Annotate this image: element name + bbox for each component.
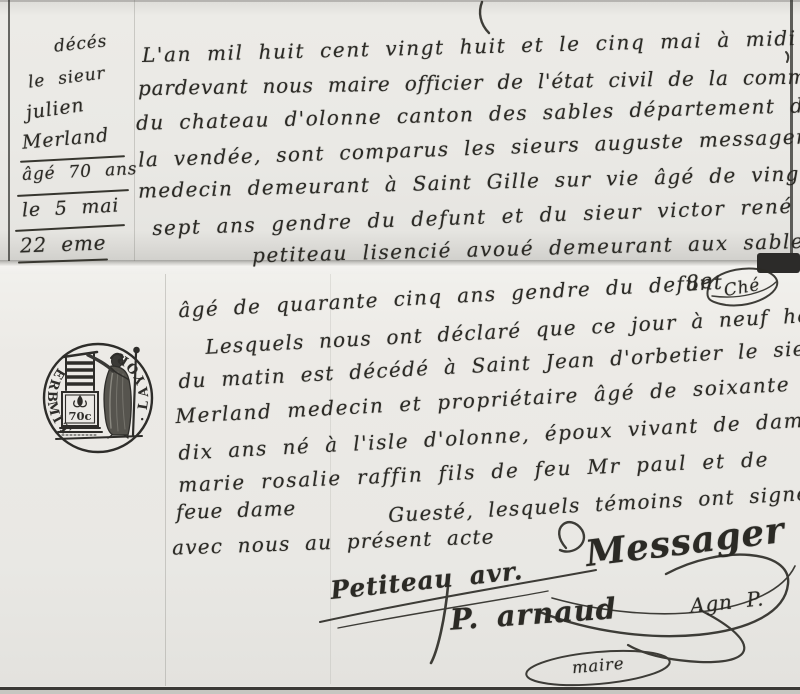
- registration-mark: 8e: [685, 270, 715, 295]
- stamp-value: 70c: [68, 409, 91, 423]
- body-line-14a: feue dame: [176, 498, 297, 522]
- royal-stamp-seal: TIMBRE ROYAL. 70c: [38, 336, 160, 462]
- margin-note-number: 22 eme: [20, 233, 107, 256]
- svg-text:B: B: [44, 391, 59, 403]
- svg-text:L: L: [136, 400, 152, 411]
- bottom-edge-shadow: [0, 690, 800, 694]
- margin-rule-top: [134, 0, 135, 261]
- edge-blotch: [757, 253, 800, 273]
- left-page-rule: [8, 0, 10, 261]
- svg-text:T: T: [55, 421, 73, 439]
- top-edge-shadow: [0, 0, 800, 2]
- fleur-de-lis-icon: [78, 396, 83, 406]
- document-scan: décés le sieur julien Merland âgé 70 ans…: [0, 0, 800, 694]
- svg-text:A: A: [136, 385, 152, 399]
- margin-rule-bottom: [165, 274, 166, 686]
- margin-note-date: le 5 mai: [22, 196, 120, 220]
